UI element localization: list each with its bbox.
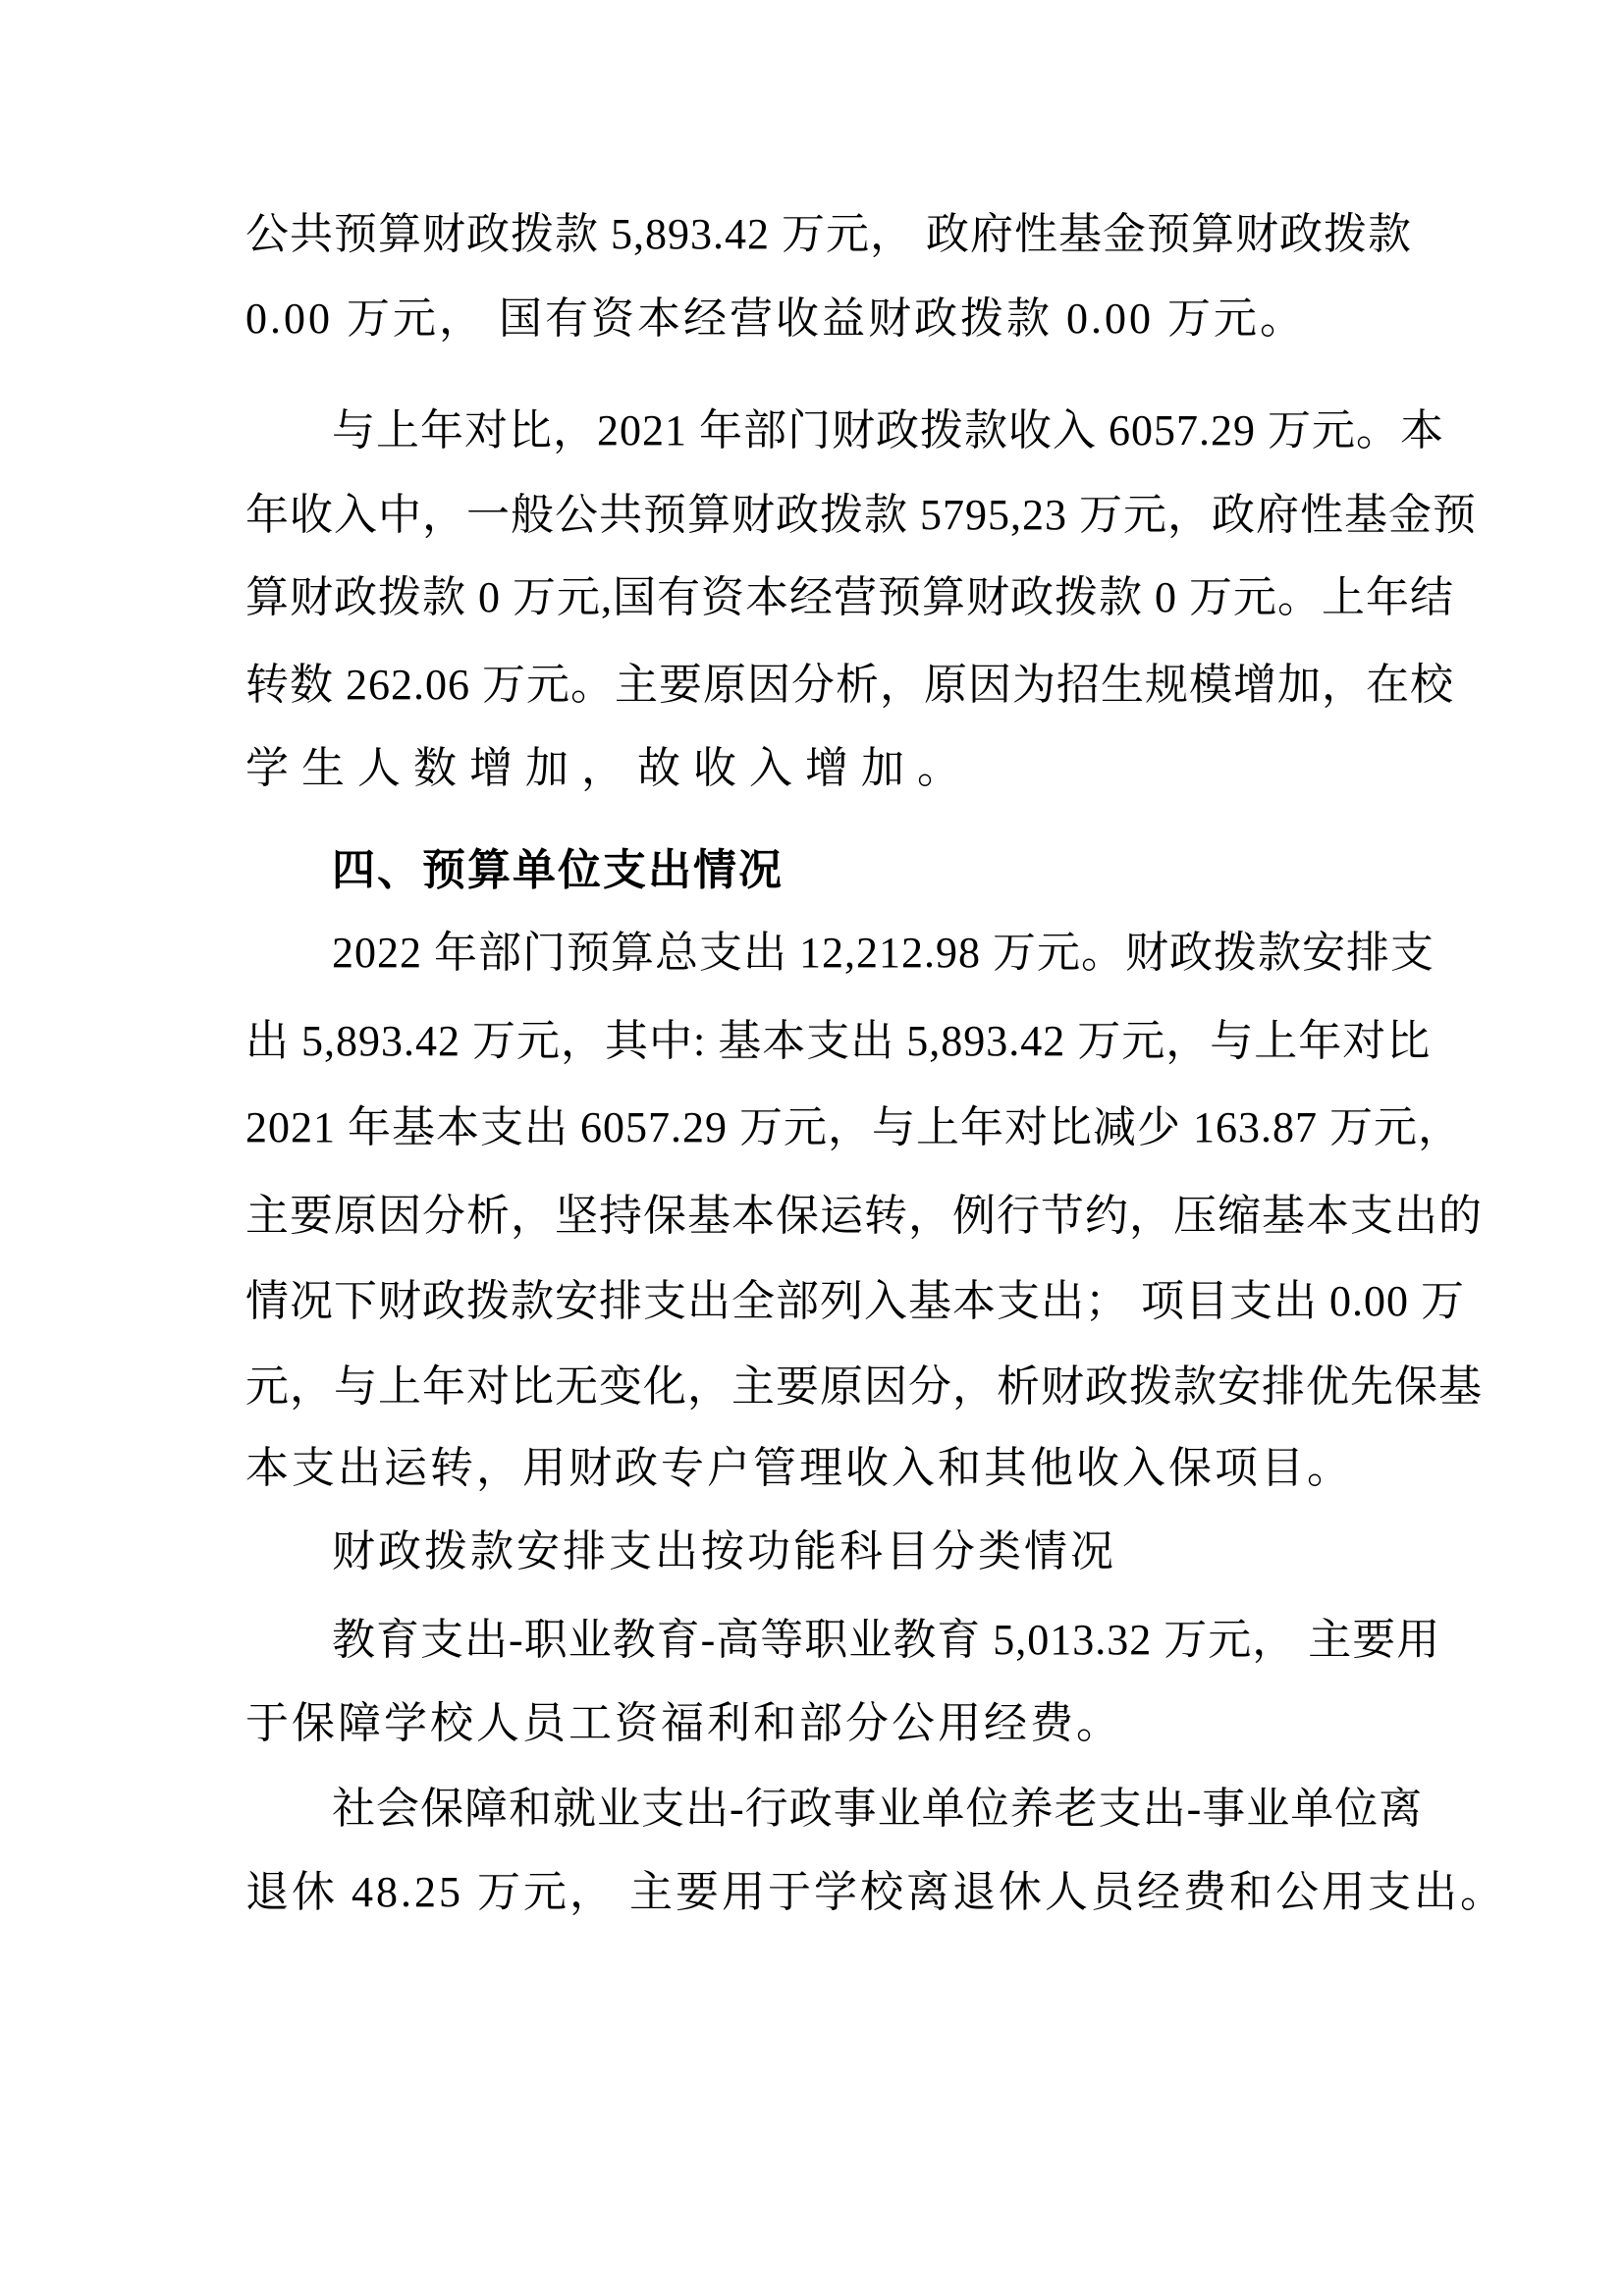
text-line: 本支出运转，用财政专户管理收入和其他收入保项目。 [245,1443,1380,1502]
text-line: 0.00 万元， 国有资本经营收益财政拨款 0.00 万元。 [245,294,1380,352]
text-line: 情况下财政拨款安排支出全部列入基本支出； 项目支出 0.00 万 [245,1276,1380,1335]
text-line: 公共预算财政拨款 5,893.42 万元， 政府性基金预算财政拨款 [245,209,1380,268]
section-heading: 四、预算单位支出情况 [245,845,1380,904]
text-line: 元，与上年对比无变化，主要原因分，析财政拨款安排优先保基 [245,1362,1380,1420]
text-line: 社会保障和就业支出-行政事业单位养老支出-事业单位离 [245,1784,1380,1842]
text-line: 主要原因分析，坚持保基本保运转，例行节约，压缩基本支出的 [245,1191,1380,1250]
text-line: 算财政拨款 0 万元,国有资本经营预算财政拨款 0 万元。上年结 [245,572,1380,631]
text-line: 2022 年部门预算总支出 12,212.98 万元。财政拨款安排支 [245,928,1380,987]
text-line: 于保障学校人员工资福利和部分公用经费。 [245,1698,1380,1757]
text-line: 2021 年基本支出 6057.29 万元，与上年对比减少 163.87 万元， [245,1102,1380,1161]
text-line: 出 5,893.42 万元，其中: 基本支出 5,893.42 万元，与上年对比 [245,1016,1380,1075]
text-line: 学生人数增加，故收入增加。 [245,743,1380,802]
text-line: 与上年对比，2021 年部门财政拨款收入 6057.29 万元。本 [245,405,1380,464]
text-line: 转数 262.06 万元。主要原因分析，原因为招生规模增加，在校 [245,660,1380,719]
text-line: 教育支出-职业教育-高等职业教育 5,013.32 万元， 主要用 [245,1615,1380,1674]
text-line: 退休 48.25 万元， 主要用于学校离退休人员经费和公用支出。 [245,1867,1380,1926]
text-line: 年收入中，一般公共预算财政拨款 5795,23 万元，政府性基金预 [245,490,1380,549]
document-page: 公共预算财政拨款 5,893.42 万元， 政府性基金预算财政拨款 0.00 万… [0,0,1624,2296]
text-line: 财政拨款安排支出按功能科目分类情况 [245,1526,1380,1585]
